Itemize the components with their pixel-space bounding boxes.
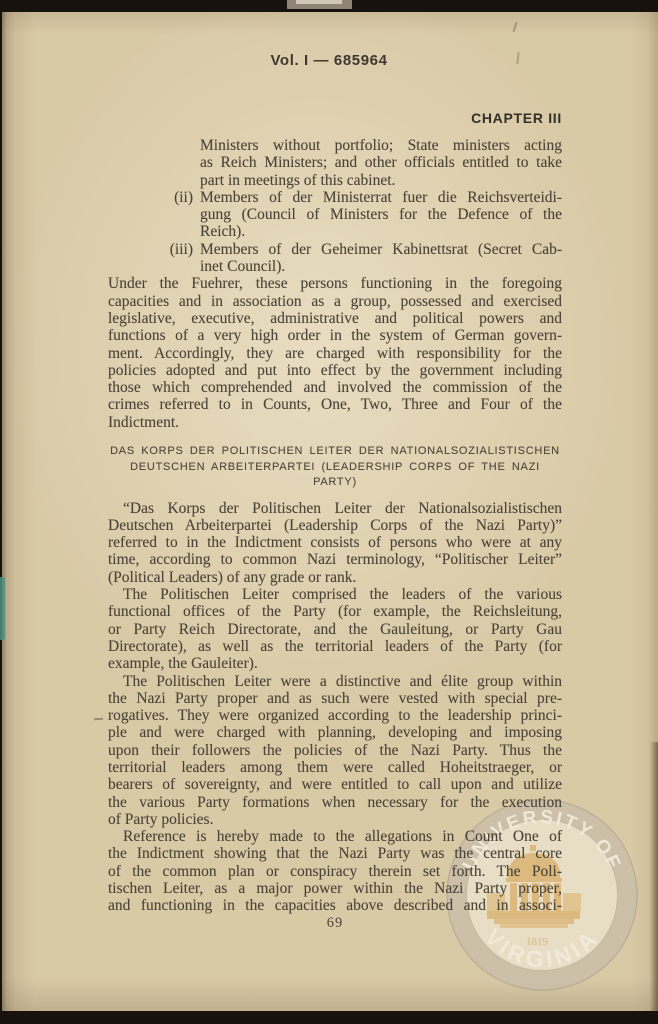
text-line: Under the Fuehrer, these persons functio… bbox=[108, 275, 562, 292]
text-line: Reich). bbox=[200, 223, 562, 240]
volume-number-stamp: Vol. I — 685964 bbox=[0, 52, 658, 69]
text-line: ple and were charged with planning, deve… bbox=[108, 724, 562, 741]
text-line: functional offices of the Party (for exa… bbox=[108, 603, 562, 620]
text-line: referred to in the Indictment consists o… bbox=[108, 534, 562, 551]
text-line: gung (Council of Ministers for the Defen… bbox=[200, 206, 562, 223]
text-line: rogatives. They were organized according… bbox=[108, 707, 562, 724]
scan-edge-left bbox=[0, 0, 2, 1024]
text-blocks-after-heading: “Das Korps der Politischen Leiter der Na… bbox=[108, 500, 562, 915]
text-line: tischen Leiter, as a major power within … bbox=[108, 880, 562, 897]
chapter-heading: CHAPTER III bbox=[471, 110, 562, 126]
text-line: time, according to common Nazi terminolo… bbox=[108, 551, 562, 568]
text-line: the Indictment showing that the Nazi Par… bbox=[108, 845, 562, 862]
text-line: Members of der Ministerrat fuer die Reic… bbox=[200, 189, 562, 206]
text-line: Ministers without portfolio; State minis… bbox=[200, 137, 562, 154]
seal-year: 1819 bbox=[526, 936, 549, 948]
paragraph-distinctive-elite-group: The Politischen Leiter were a distinctiv… bbox=[108, 673, 562, 829]
paragraph-under-the-fuehrer: Under the Fuehrer, these persons functio… bbox=[108, 275, 562, 431]
text-line: capacities and in association as a group… bbox=[108, 293, 562, 310]
text-line: Reference is hereby made to the allegati… bbox=[108, 828, 562, 845]
paragraph-reference-count-one: Reference is hereby made to the allegati… bbox=[108, 828, 562, 914]
scan-edge-top bbox=[0, 0, 658, 12]
section-heading-line: DEUTSCHEN ARBEITERPARTEI (LEADERSHIP COR… bbox=[108, 460, 562, 491]
text-line: The Politischen Leiter were a distinctiv… bbox=[108, 673, 562, 690]
list-item-iii: (iii)Members of der Geheimer Kabinettsra… bbox=[200, 241, 562, 276]
text-line: or Party Reich Directorate, and the Gaul… bbox=[108, 621, 562, 638]
binding-tape-notch bbox=[287, 0, 352, 9]
text-line: The Politischen Leiter comprised the lea… bbox=[108, 586, 562, 603]
text-line: Indictment. bbox=[108, 414, 562, 431]
section-heading: DAS KORPS DER POLITISCHEN LEITER DER NAT… bbox=[108, 444, 562, 491]
scan-edge-bottom bbox=[0, 1011, 658, 1024]
binding-tape-highlight bbox=[296, 0, 342, 4]
text-line: the various Party formations when necess… bbox=[108, 794, 562, 811]
text-line: upon their followers the policies of the… bbox=[108, 742, 562, 759]
text-line: Members of der Geheimer Kabinettsrat (Se… bbox=[200, 241, 562, 258]
text-line: functions of a very high order in the sy… bbox=[108, 327, 562, 344]
text-line: inet Council). bbox=[200, 258, 562, 275]
text-blocks-before-heading: Ministers without portfolio; State minis… bbox=[108, 137, 562, 431]
text-line: ment. Accordingly, they are charged with… bbox=[108, 345, 562, 362]
scanned-book-page: UNIVERSITY OF VIRGINIA 1819 Vol. I — 685… bbox=[0, 0, 658, 1024]
text-line: Directorate), as well as the territorial… bbox=[108, 638, 562, 655]
green-edge-mark bbox=[0, 577, 5, 640]
cabinet-members-continuation: Ministers without portfolio; State minis… bbox=[200, 137, 562, 189]
text-line: example, the Gauleiter). bbox=[108, 655, 562, 672]
paragraph-das-korps: “Das Korps der Politischen Leiter der Na… bbox=[108, 500, 562, 586]
text-line: as Reich Ministers; and other officials … bbox=[200, 154, 562, 171]
list-item-label: (iii) bbox=[170, 241, 193, 258]
text-line: “Das Korps der Politischen Leiter der Na… bbox=[108, 500, 562, 517]
text-line: part in meetings of this cabinet. bbox=[200, 172, 562, 189]
text-line: (Political Leaders) of any grade or rank… bbox=[108, 569, 562, 586]
text-line: legislative, executive, administrative a… bbox=[108, 310, 562, 327]
text-line: policies adopted and put into effect by … bbox=[108, 362, 562, 379]
list-item-label: (ii) bbox=[174, 189, 193, 206]
text-line: of the common plan or conspiracy therein… bbox=[108, 863, 562, 880]
body-text-column: Ministers without portfolio; State minis… bbox=[108, 137, 562, 915]
text-line: crimes referred to in Counts, One, Two, … bbox=[108, 396, 562, 413]
page-number: 69 bbox=[108, 915, 562, 932]
text-line: and functioning in the capacities above … bbox=[108, 897, 562, 914]
pencil-mark bbox=[513, 22, 518, 32]
margin-pencil-dash bbox=[94, 718, 103, 721]
text-line: bearers of sovereignty, and were entitle… bbox=[108, 776, 562, 793]
text-line: those which comprehended and involved th… bbox=[108, 379, 562, 396]
text-line: Deutschen Arbeiterpartei (Leadership Cor… bbox=[108, 517, 562, 534]
section-heading-line: DAS KORPS DER POLITISCHEN LEITER DER NAT… bbox=[108, 444, 562, 460]
text-line: territorial leaders among them were call… bbox=[108, 759, 562, 776]
text-line: of Party policies. bbox=[108, 811, 562, 828]
paragraph-politischen-leiter-comprised: The Politischen Leiter comprised the lea… bbox=[108, 586, 562, 672]
text-line: the Nazi Party proper and as such were v… bbox=[108, 690, 562, 707]
page-edge-shadow-right bbox=[650, 742, 658, 1012]
list-item-ii: (ii)Members of der Ministerrat fuer die … bbox=[200, 189, 562, 241]
